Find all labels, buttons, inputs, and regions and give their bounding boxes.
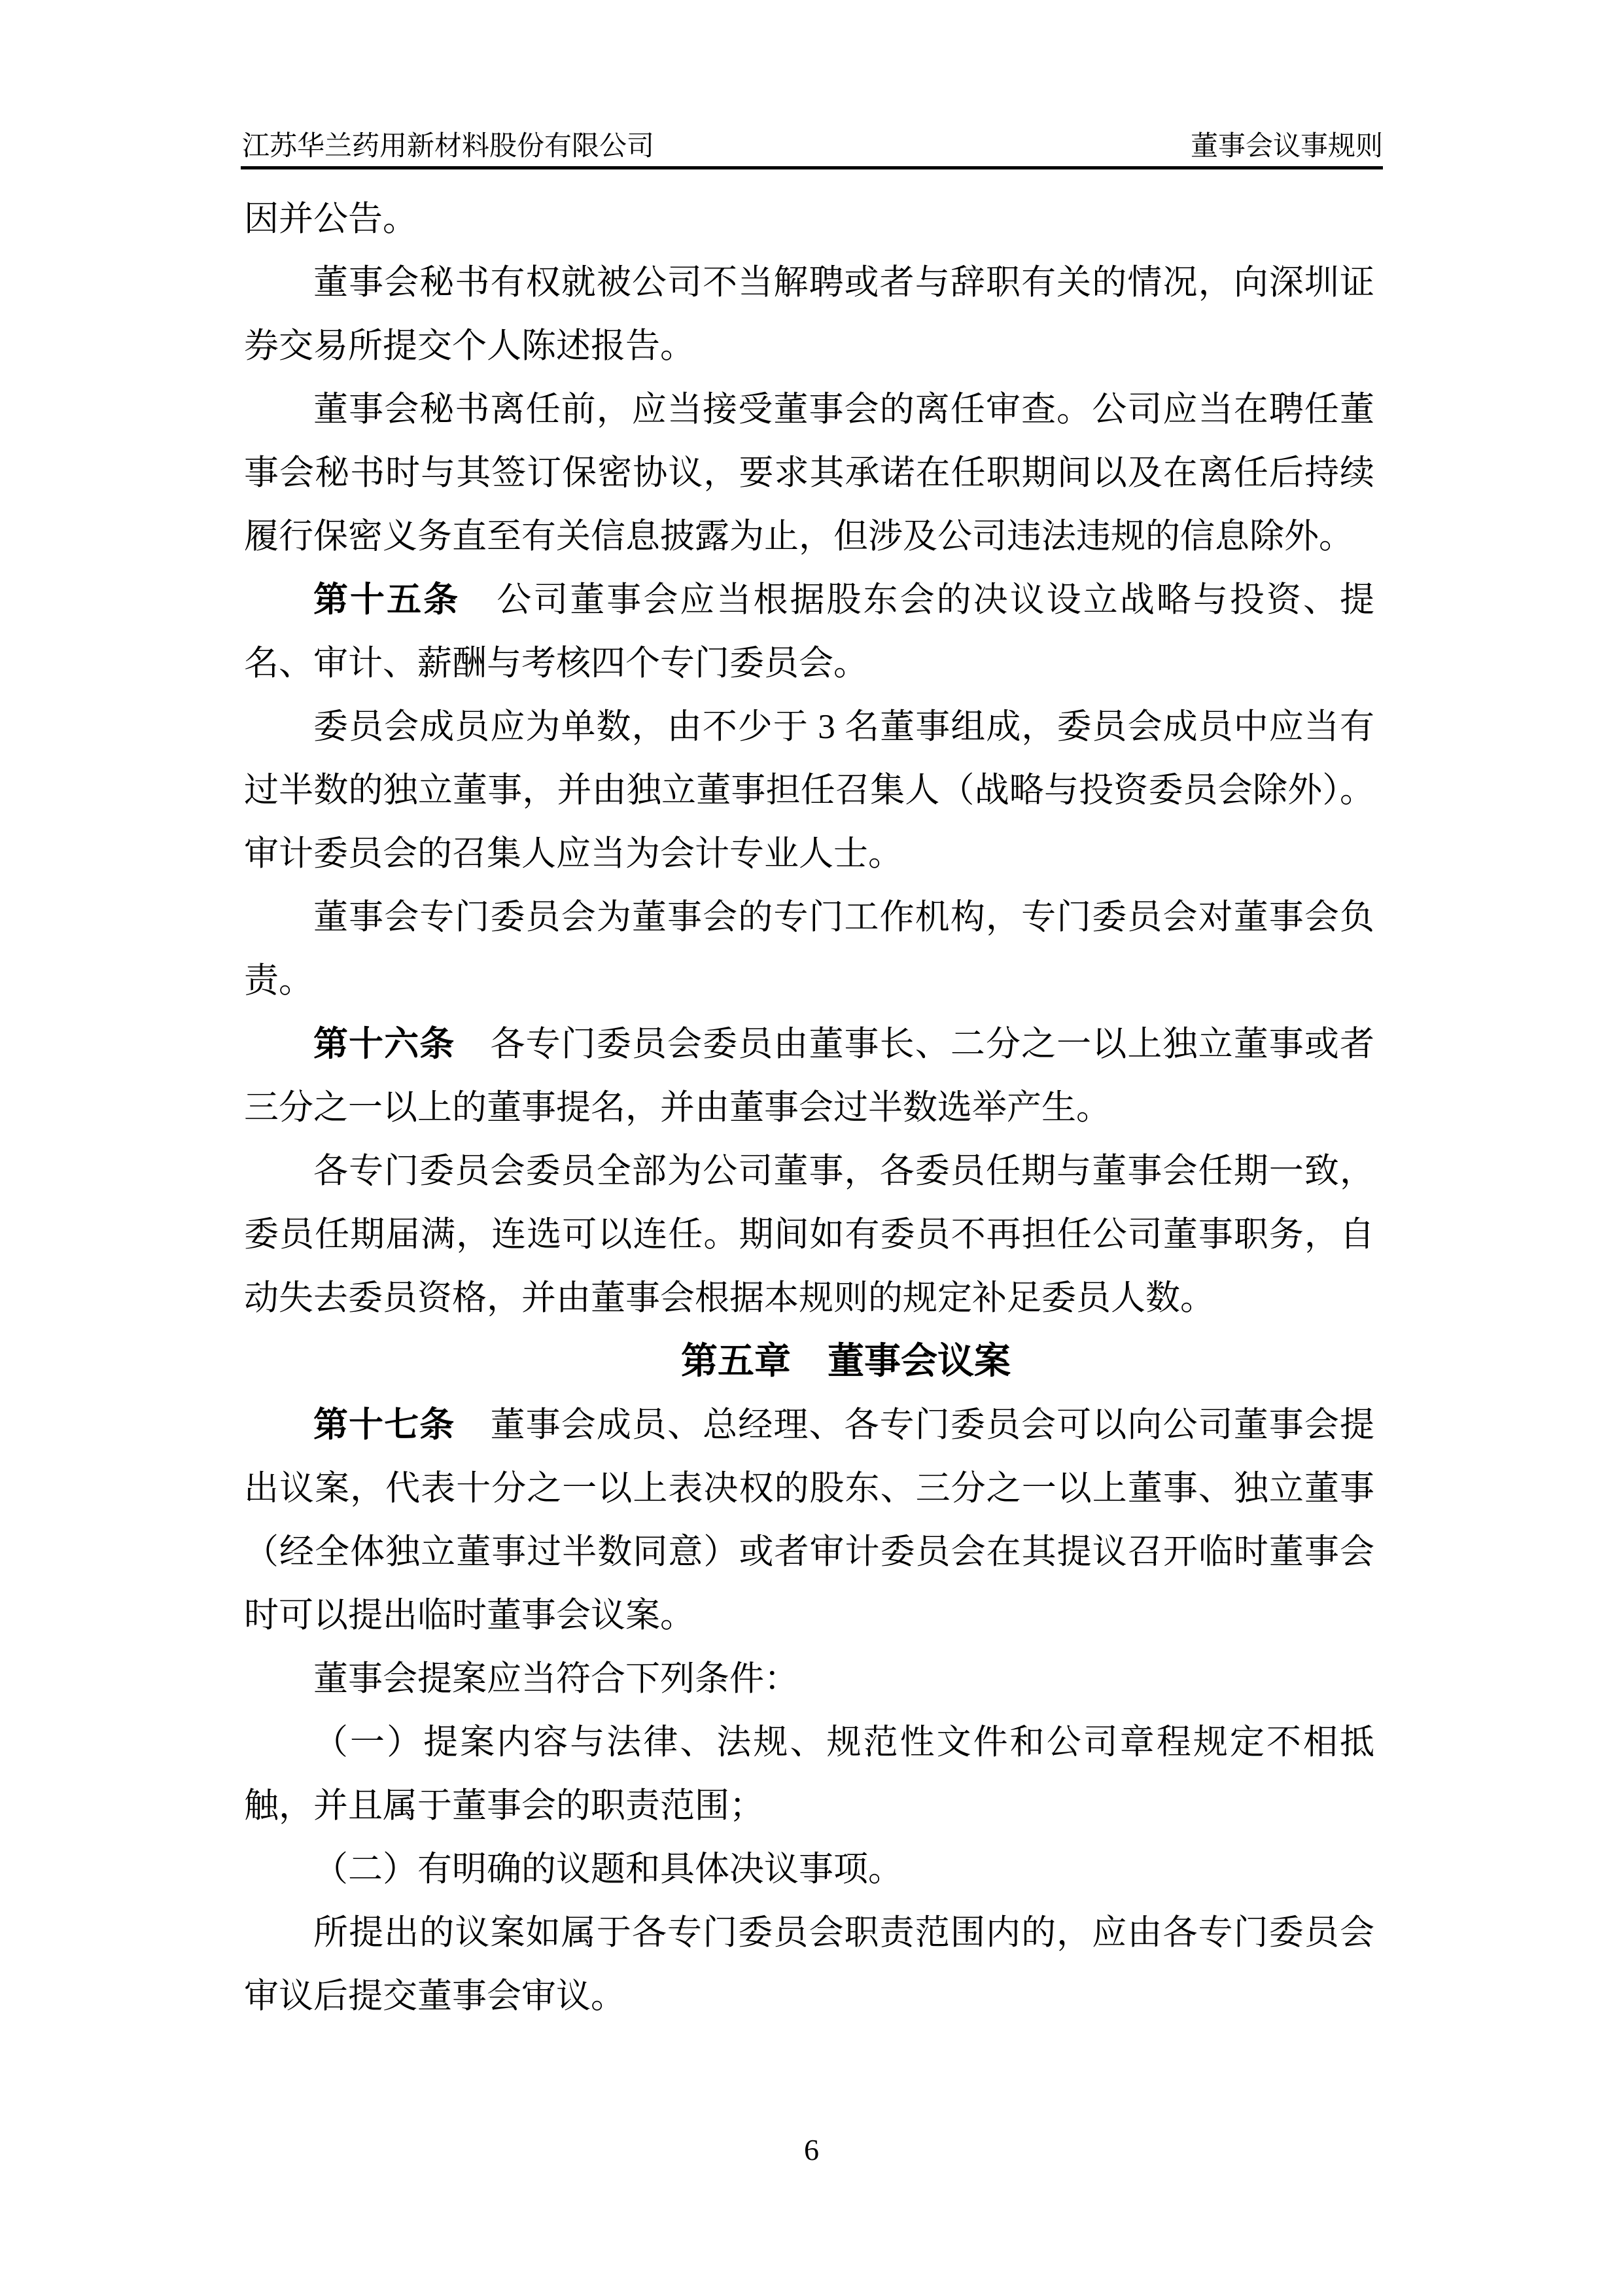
paragraph-text: 董事会秘书有权就被公司不当解聘或者与辞职有关的情况，向深圳证券交易所提交个人陈述… bbox=[244, 264, 1374, 365]
paragraph-text: 因并公告。 bbox=[244, 200, 417, 238]
paragraph: 董事会提案应当符合下列条件： bbox=[244, 1648, 1374, 1711]
paragraph: 董事会秘书有权就被公司不当解聘或者与辞职有关的情况，向深圳证券交易所提交个人陈述… bbox=[244, 251, 1374, 378]
paragraph: 第十六条 各专门委员会委员由董事长、二分之一以上独立董事或者三分之一以上的董事提… bbox=[244, 1013, 1374, 1140]
paragraph-text: 所提出的议案如属于各专门委员会职责范围内的，应由各专门委员会审议后提交董事会审议… bbox=[244, 1914, 1374, 2015]
paragraph-text: 委员会成员应为单数，由不少于 3 名董事组成，委员会成员中应当有过半数的独立董事… bbox=[244, 708, 1374, 873]
chapter-heading: 第五章 董事会议案 bbox=[244, 1330, 1374, 1394]
paragraph: （二）有明确的议题和具体决议事项。 bbox=[244, 1838, 1374, 1901]
paragraph-text: （一）提案内容与法律、法规、规范性文件和公司章程规定不相抵触，并且属于董事会的职… bbox=[244, 1723, 1374, 1825]
paragraph-text: 董事会秘书离任前，应当接受董事会的离任审查。公司应当在聘任董事会秘书时与其签订保… bbox=[244, 391, 1374, 556]
paragraph: 所提出的议案如属于各专门委员会职责范围内的，应由各专门委员会审议后提交董事会审议… bbox=[244, 1901, 1374, 2028]
paragraph-text: 董事会专门委员会为董事会的专门工作机构，专门委员会对董事会负责。 bbox=[244, 898, 1374, 1000]
page-number: 6 bbox=[0, 2132, 1623, 2168]
paragraph: 第十五条 公司董事会应当根据股东会的决议设立战略与投资、提名、审计、薪酬与考核四… bbox=[244, 569, 1374, 696]
paragraph: （一）提案内容与法律、法规、规范性文件和公司章程规定不相抵触，并且属于董事会的职… bbox=[244, 1711, 1374, 1838]
paragraph: 董事会秘书离任前，应当接受董事会的离任审查。公司应当在聘任董事会秘书时与其签订保… bbox=[244, 378, 1374, 569]
paragraph-text: （二）有明确的议题和具体决议事项。 bbox=[313, 1850, 903, 1888]
paragraph: 因并公告。 bbox=[244, 188, 1374, 251]
document-title: 董事会议事规则 bbox=[1191, 131, 1383, 162]
paragraph-text: 各专门委员会委员全部为公司董事，各委员任期与董事会任期一致，委员任期届满，连选可… bbox=[244, 1152, 1374, 1317]
paragraph: 委员会成员应为单数，由不少于 3 名董事组成，委员会成员中应当有过半数的独立董事… bbox=[244, 696, 1374, 886]
term-label: 第十六条 bbox=[313, 1025, 455, 1063]
paragraph: 董事会专门委员会为董事会的专门工作机构，专门委员会对董事会负责。 bbox=[244, 886, 1374, 1013]
term-label: 第十五条 bbox=[313, 581, 460, 619]
paragraph: 第十七条 董事会成员、总经理、各专门委员会可以向公司董事会提出议案，代表十分之一… bbox=[244, 1394, 1374, 1648]
page-header: 江苏华兰药用新材料股份有限公司 董事会议事规则 bbox=[242, 131, 1383, 162]
term-label: 第十七条 bbox=[313, 1406, 455, 1444]
document-page: 江苏华兰药用新材料股份有限公司 董事会议事规则 因并公告。 董事会秘书有权就被公… bbox=[0, 0, 1623, 2296]
header-rule bbox=[241, 166, 1383, 169]
document-body: 因并公告。 董事会秘书有权就被公司不当解聘或者与辞职有关的情况，向深圳证券交易所… bbox=[244, 188, 1374, 2028]
paragraph: 各专门委员会委员全部为公司董事，各委员任期与董事会任期一致，委员任期届满，连选可… bbox=[244, 1140, 1374, 1330]
paragraph-text: 董事会提案应当符合下列条件： bbox=[313, 1660, 799, 1698]
company-name: 江苏华兰药用新材料股份有限公司 bbox=[242, 131, 654, 162]
